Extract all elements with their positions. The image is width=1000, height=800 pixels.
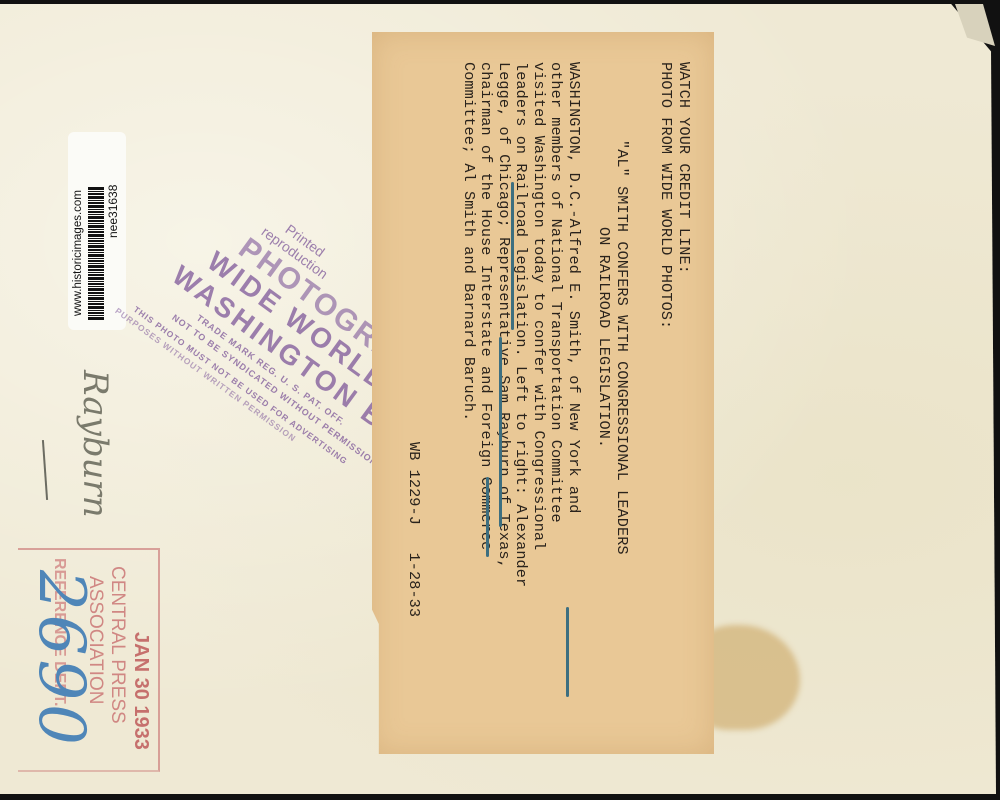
headline: "AL" SMITH CONFERS WITH CONGRESSIONAL LE… [613, 140, 631, 555]
barcode-id: nee31638 [106, 185, 120, 238]
headline: ON RAILROAD LEGISLATION. [595, 227, 613, 448]
caption-text: WATCH YOUR CREDIT LINE: PHOTO FROM WIDE … [372, 32, 714, 754]
handwritten-number: 2690 [18, 570, 98, 750]
barcode-icon [88, 144, 104, 320]
caption-line: WASHINGTON, D.C.-Alfred E. Smith, of New… [565, 62, 583, 587]
caption-line: other members of National Transportation… [547, 62, 565, 587]
ink-underline [499, 337, 502, 527]
credit-line: PHOTO FROM WIDE WORLD PHOTOS: [657, 62, 675, 329]
caption-line: Legge, of Chicago; Representative Sam Ra… [495, 62, 513, 587]
ref-code: WB 1229-J [405, 442, 423, 525]
stamp-date: JAN 30 1933 [129, 632, 152, 750]
barcode-url: www.historicimages.com [72, 190, 84, 316]
ink-underline [511, 182, 514, 330]
caption-line: visited Washington today to confer with … [530, 62, 548, 587]
credit-line: WATCH YOUR CREDIT LINE: [675, 62, 693, 274]
pencil-signature: Rayburn [55, 370, 115, 540]
caption-line: leaders on Railroad legislation. Left to… [512, 62, 530, 587]
caption-line: Committee; Al Smith and Barnard Baruch. [460, 62, 478, 587]
caption-body: WASHINGTON, D.C.-Alfred E. Smith, of New… [460, 62, 583, 587]
barcode-label-content: www.historicimages.com nee31638 [68, 132, 126, 330]
stamp-org: CENTRAL PRESS [106, 566, 128, 724]
caption-footer: WB 1229-J 1-28-33 [405, 442, 423, 617]
ink-underline [566, 607, 569, 697]
ink-underline [486, 477, 489, 557]
caption-date: 1-28-33 [405, 553, 423, 618]
